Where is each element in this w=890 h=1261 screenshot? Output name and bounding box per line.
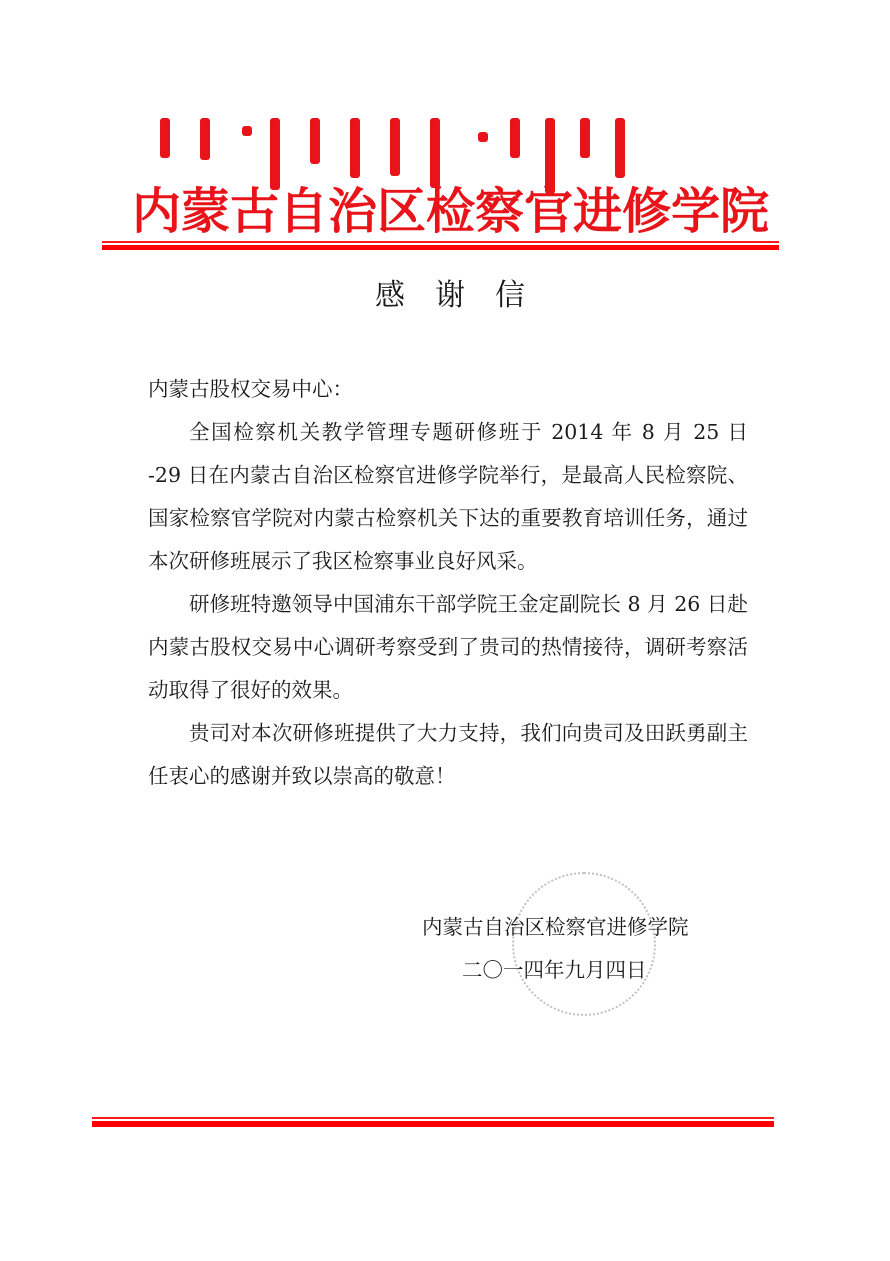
- letter-body: 内蒙古股权交易中心： 全国检察机关教学管理专题研修班于 2014 年 8 月 2…: [148, 368, 748, 798]
- footer-divider-thick: [92, 1121, 774, 1127]
- org-name-header: 内蒙古自治区检察官进修学院: [132, 184, 762, 240]
- signature-organization: 内蒙古自治区检察官进修学院: [422, 906, 722, 949]
- paragraph-1: 全国检察机关教学管理专题研修班于 2014 年 8 月 25 日 -29 日在内…: [148, 411, 748, 583]
- header-divider-thin: [102, 241, 779, 243]
- footer-divider-thin: [92, 1117, 774, 1119]
- salutation: 内蒙古股权交易中心：: [148, 368, 748, 411]
- paragraph-2: 研修班特邀领导中国浦东干部学院王金定副院长 8 月 26 日赴内蒙古股权交易中心…: [148, 583, 748, 712]
- document-title: 感谢信: [330, 276, 570, 316]
- signature-date: 二〇一四年九月四日: [422, 949, 722, 992]
- paragraph-3: 贵司对本次研修班提供了大力支持，我们向贵司及田跃勇副主任衷心的感谢并致以崇高的敬…: [148, 712, 748, 798]
- header-divider-thick: [102, 245, 779, 250]
- signature-block: 内蒙古自治区检察官进修学院 二〇一四年九月四日: [422, 906, 722, 992]
